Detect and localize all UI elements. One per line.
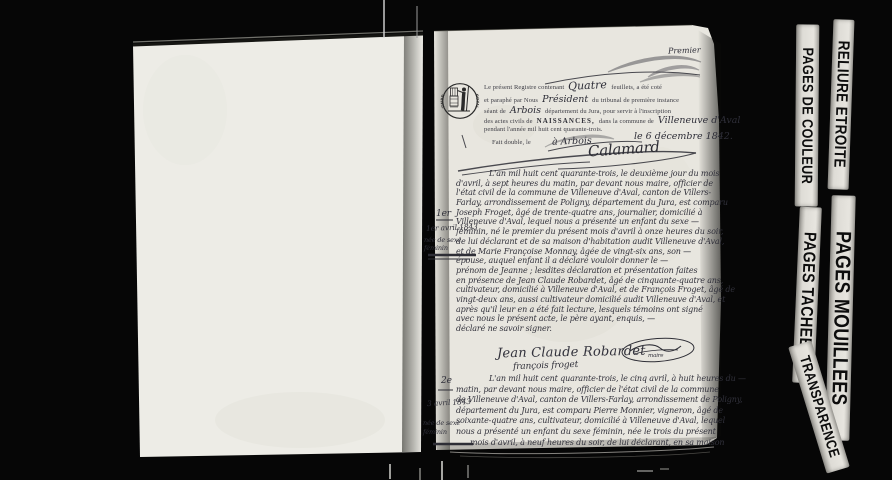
acte-type-naissances: Naissances, [537,117,595,125]
label-text: PAGES MOUILLEES [826,230,855,405]
microfilm-scan: TIMBRE ROYAL [0,0,892,480]
printed-text: Le présent Registre contenant [484,84,564,91]
register-line-5: pendant l'année mil huit cent quarante-t… [484,126,603,133]
act-line: de lui déclarant et de sa maison d'habit… [456,237,735,247]
folio-number-note: Premier [668,45,701,55]
handwritten-count: Quatre [568,78,607,93]
act-line: et de Marie Françoise Monnay, âgée de vi… [456,247,735,257]
act-line: Joseph Froget, âgé de trente-quatre ans,… [456,208,735,218]
act2-margin-note: née de sexe [423,419,460,427]
act-line: cultivateur, domicilié à Villeneuve d'Av… [456,285,735,295]
register-line-4: des actes civils de Naissances, dans la … [484,115,740,126]
act1-margin-number: 1er [436,209,451,219]
register-line-1: Le présent Registre contenant Quatre feu… [484,79,662,92]
act-line: nous a présenté un enfant du sexe fémini… [456,427,746,438]
birth-act-2: L'an mil huit cent quarante-trois, le ci… [456,374,746,448]
label-text: RELIURE ETROITE [830,41,852,169]
printed-text: département du Jura, pour servir à l'ins… [545,108,671,115]
printed-text: séant de [484,108,506,115]
handwritten-title: Président [542,94,588,105]
act-line: l'état civil de la commune de Villeneuve… [456,188,735,198]
act-line: soixante-quatre ans, cultivateur, domici… [456,416,746,427]
act-line: L'an mil huit cent quarante-trois, le de… [456,169,735,179]
label-pages-de-couleur: PAGES DE COULEUR [795,24,820,206]
act-line: de Villeneuve d'Aval, canton de Villers-… [456,395,746,406]
act2-margin-number: 2e [441,376,452,386]
printed-text: feuillets, a été coté [611,84,662,91]
label-text: PAGES DE COULEUR [798,47,816,184]
printed-text: des actes civils de [484,118,533,125]
act-line: déclaré ne savoir signer. [456,324,735,334]
printed-text: du tribunal de première instance [592,97,679,104]
act-line: en présence de Jean Claude Robardet, âgé… [456,276,735,286]
act-line: Villeneuve d'Aval, lequel nous a présent… [456,217,735,227]
label-text: PAGES TACHEES [794,232,819,358]
handwritten-commune: Villeneuve d'Aval [658,115,741,126]
act-line: féminin, né le premier du présent mois d… [456,227,735,237]
act-line: prénom de Jeanne ; lesdites déclaration … [456,266,735,276]
witness-signature-robardet: Jean Claude Robardet [497,344,646,362]
left-page [133,31,423,457]
register-line-2: et paraphé par Nous Président du tribuna… [484,94,679,105]
act-line: avec nous le présent acte, le père ayant… [456,314,735,324]
handwritten-place: à Arbois [552,135,592,147]
act2-margin-note: féminin [423,428,447,436]
register-line-6: Fait double, le [492,139,531,146]
printed-text: dans la commune de [599,118,654,125]
birth-act-1: L'an mil huit cent quarante-trois, le de… [456,169,735,334]
act-line: épouse, auquel enfant il a déclaré voulo… [456,256,735,266]
act1-margin-note: féminin [424,244,448,252]
act-line: matin, par devant nous maire, officier d… [456,385,746,396]
act-line: vingt-deux ans, aussi cultivateur domici… [456,295,735,305]
act-line: d'avril, à sept heures du matin, par dev… [456,179,735,189]
act-line: L'an mil huit cent quarante-trois, le ci… [456,374,746,385]
act-line: mois d'avril, à neuf heures du soir, de … [456,438,746,449]
act-line: Farlay, arrondissement de Poligny, dépar… [456,198,735,208]
printed-text: et paraphé par Nous [484,97,538,104]
mayor-title: maire [648,353,663,359]
act-line: département du Jura, est comparu Pierre … [456,406,746,417]
act-line: après qu'il leur en a été fait lecture, … [456,305,735,315]
